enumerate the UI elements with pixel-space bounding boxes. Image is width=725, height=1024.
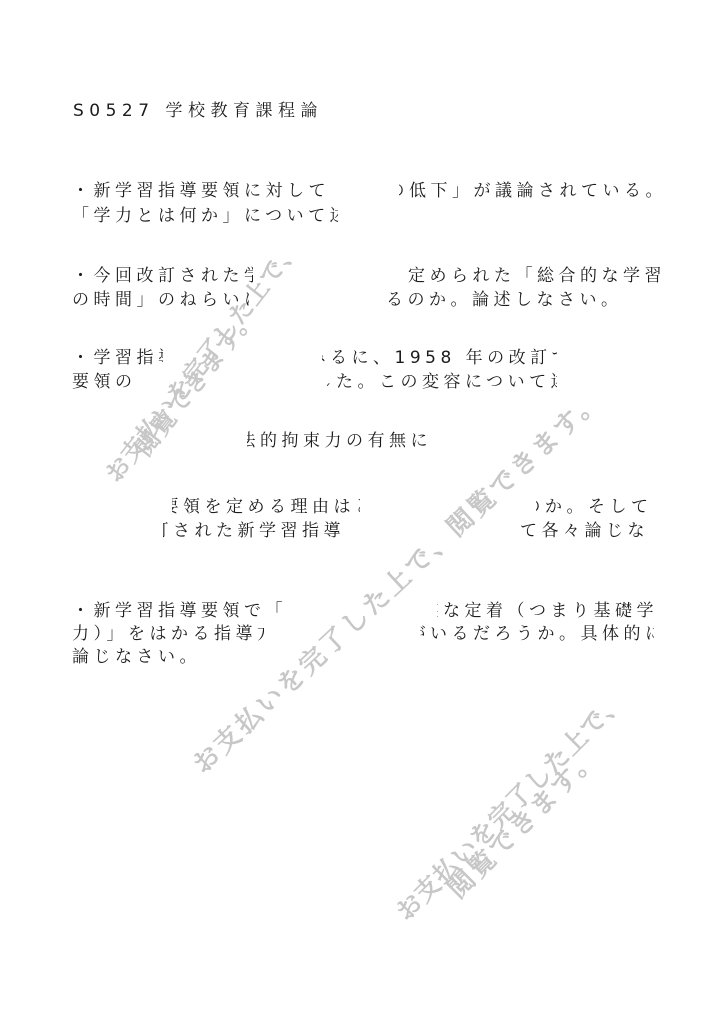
q6-line3-text: 論じなさい。 (72, 647, 201, 667)
q3-line1-right-text: るに、1958 年の改訂 (330, 348, 552, 368)
q6-line2-left: 力）」をはかる指導方 (72, 624, 264, 645)
q5-line2-right-text: て各々論じな (520, 521, 649, 541)
document-page: S0527 学校教育課程論 お支払いを完了した上で、閲覧できます。お支払いを完了… (0, 0, 725, 1024)
q1-line2-text: 「学力とは何か」について (72, 206, 330, 226)
partially-hidden-char: 要 (172, 497, 183, 518)
partially-hidden-char: し (327, 372, 336, 393)
q6-line1-left: ・新学習指導要領で「 (72, 601, 287, 622)
q5-line1-left: 要領を定める理由はど (172, 497, 360, 518)
q1-line1-left: ・新学習指導要領に対して (72, 181, 330, 202)
q2-line2-left: の時間」のねらいに (72, 290, 249, 311)
q2-line2-right: るのか。論述しなさい。 (386, 290, 608, 311)
partially-hidden-char: ど (355, 497, 360, 518)
q2-line2-right-text: るのか。論述しなさい (386, 290, 601, 310)
q3-line1-right: みるに、1958 年の改訂で (322, 348, 557, 369)
partially-hidden-char: 述 (330, 206, 338, 227)
q6-line1-left-text: ・新学習指導要領で「 (72, 601, 287, 621)
partially-hidden-char: に (244, 290, 249, 311)
partially-hidden-char: に (645, 624, 654, 645)
q2-line1-left: ・今回改訂された学 (72, 266, 253, 287)
q5-line2-left-text: された新学習指導 (173, 521, 345, 541)
q1-line1-left-text: ・新学習指導要領に対して (72, 181, 330, 201)
q6-line3: 論じなさい。 (72, 647, 201, 668)
partially-hidden-char: 。 (601, 290, 608, 311)
partially-hidden-char: で (552, 348, 557, 369)
partially-hidden-char: 学 (244, 266, 253, 287)
q5-line1-right: のか。そして (536, 497, 653, 518)
q6-line2-right: がいるだろうか。具体的に (420, 624, 654, 645)
partially-hidden-char: の (399, 181, 409, 202)
q5-line1-left-text: 領を定める理由は (183, 497, 355, 517)
course-title: S0527 学校教育課程論 (73, 101, 323, 122)
q2-line1-right: 定められた「総合的な学習 (408, 266, 666, 287)
q1-line1-right-text: 低下」が議論されている。 (409, 181, 667, 201)
partially-hidden-char: 方 (257, 624, 264, 645)
watermark-upper-left-line2: 閲覧できます。 (131, 304, 261, 461)
q5-line1-right-text: か。そして (545, 497, 653, 517)
q3-line2-right: した。この変容について述 (327, 372, 557, 393)
partially-hidden-char: が (420, 624, 430, 645)
partially-hidden-char: 法 (247, 431, 260, 452)
watermark-bottom-right-line2: 閲覧できます。 (441, 740, 608, 907)
q1-line1-right: の低下」が議論されている。 (399, 181, 667, 202)
q2-line1-left-text: ・今回改訂された (72, 266, 244, 286)
q4-line-text: 的拘束力の有無に (260, 431, 432, 451)
q6-line2-right-text: いるだろうか。具体的 (430, 624, 645, 644)
q4-line: 法的拘束力の有無に (247, 431, 432, 452)
q6-line1-right: 実な定着（つまり基礎学 (437, 601, 658, 622)
partially-hidden-char: 訂 (163, 521, 173, 542)
q6-line1-right-text: な定着（つまり基礎学 (443, 601, 658, 621)
q2-line2-left-text: の時間」のねらい (72, 290, 244, 310)
q3-line1-left: ・学習指導 (72, 348, 163, 369)
partially-hidden-char: 導 (158, 348, 163, 369)
q6-line2-left-text: 力）」をはかる指導 (72, 624, 257, 644)
q5-line2-left: 訂された新学習指導 (163, 521, 345, 542)
q2-line1-right-text: 定められた「総合的な学習 (408, 266, 666, 286)
partially-hidden-char: の (536, 497, 545, 518)
partially-hidden-char: 述 (551, 372, 557, 393)
q1-line2: 「学力とは何か」について述 (72, 206, 338, 227)
partially-hidden-char: み (322, 348, 330, 369)
q3-line2-left: 要領の (72, 372, 137, 393)
q5-line2-right: て各々論じな (520, 521, 649, 542)
q3-line2-left-text: 要領の (72, 372, 137, 392)
q3-line2-right-text: た。この変容について (336, 372, 551, 392)
watermark-bottom-right-line1: お支払いを完了した上で、 (392, 688, 629, 925)
q3-line1-left-text: ・学習指 (72, 348, 158, 368)
